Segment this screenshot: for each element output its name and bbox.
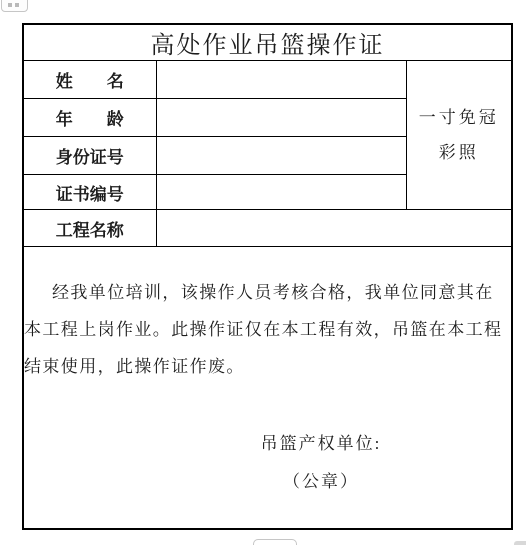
name-value-cell[interactable]	[156, 61, 406, 99]
id-number-label: 身份证号	[56, 143, 124, 168]
id-number-value-cell[interactable]	[156, 137, 406, 175]
cropped-button-artifact-top-left[interactable]	[1, 0, 28, 12]
name-label: 姓名	[56, 67, 124, 92]
field-row-name: 姓名 一寸免冠 彩照	[23, 61, 512, 99]
id-number-label-cell: 身份证号	[23, 137, 156, 175]
button-glyph-fragment-icon	[8, 3, 12, 7]
project-name-label-cell: 工程名称	[23, 210, 156, 247]
photo-placeholder-cell[interactable]: 一寸免冠 彩照	[406, 61, 512, 210]
signature-block: 吊篮产权单位: （公章）	[236, 425, 406, 501]
age-value-cell[interactable]	[156, 99, 406, 137]
cropped-button-artifact-bottom-right[interactable]	[514, 541, 526, 545]
certificate-table: 高处作业吊篮操作证 姓名 一寸免冠 彩照 年龄 身份证号	[22, 23, 513, 530]
age-label: 年龄	[56, 105, 124, 130]
title-row: 高处作业吊篮操作证	[23, 24, 512, 61]
document-page: 高处作业吊篮操作证 姓名 一寸免冠 彩照 年龄 身份证号	[0, 0, 526, 545]
body-paragraph-line-1: 经我单位培训，该操作人员考核合格，我单位同意其在	[24, 274, 511, 311]
owner-unit-label: 吊篮产权单位:	[236, 425, 406, 463]
body-cell: 经我单位培训，该操作人员考核合格，我单位同意其在 本工程上岗作业。此操作证仅在本…	[23, 247, 512, 529]
cropped-button-artifact-bottom-center[interactable]	[253, 539, 297, 545]
certificate-title: 高处作业吊篮操作证	[23, 24, 512, 61]
body-paragraph-line-3: 结束使用，此操作证作废。	[24, 348, 511, 385]
age-label-cell: 年龄	[23, 99, 156, 137]
project-name-label: 工程名称	[56, 216, 124, 241]
certificate-number-value-cell[interactable]	[156, 175, 406, 210]
project-name-value-cell[interactable]	[156, 210, 512, 247]
name-label-cell: 姓名	[23, 61, 156, 99]
photo-label-line1: 一寸免冠	[407, 100, 512, 135]
official-seal-label: （公章）	[236, 463, 406, 501]
body-row: 经我单位培训，该操作人员考核合格，我单位同意其在 本工程上岗作业。此操作证仅在本…	[23, 247, 512, 529]
body-paragraph-line-2: 本工程上岗作业。此操作证仅在本工程有效，吊篮在本工程	[24, 311, 511, 348]
button-glyph-fragment-icon	[15, 3, 19, 7]
field-row-project-name: 工程名称	[23, 210, 512, 247]
certificate-number-label: 证书编号	[56, 180, 124, 205]
photo-label-line2: 彩照	[407, 135, 512, 170]
certificate-number-label-cell: 证书编号	[23, 175, 156, 210]
